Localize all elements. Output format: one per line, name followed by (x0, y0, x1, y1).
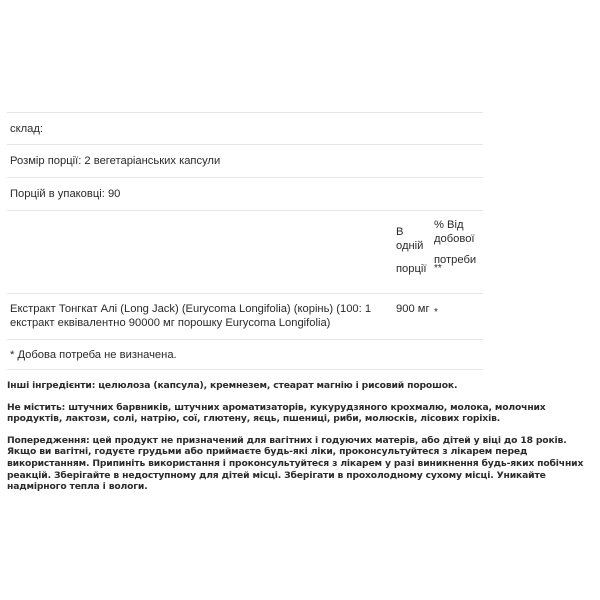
header-text: ** (434, 266, 484, 272)
header-text: % Від (434, 219, 464, 231)
does-not-contain: Не містить: штучних барвників, штучних а… (7, 402, 593, 425)
ingredient-name: Екстракт Тонгкат Алі (Long Jack) (Euryco… (10, 302, 380, 330)
warning: Попередження: цей продукт не призначений… (7, 435, 593, 493)
composition-label: склад: (10, 122, 43, 136)
amount-per-serving-header: В одній порції (396, 225, 432, 276)
header-text: В (396, 226, 403, 238)
footnote: * Добова потреба не визначена. (10, 348, 177, 362)
ingredient-row: Екстракт Тонгкат Алі (Long Jack) (Euryco… (7, 293, 483, 339)
servings-per-container-row: Порцій в упаковці: 90 (7, 177, 483, 210)
other-ingredients: Інші інгредієнти: целюлоза (капсула), кр… (7, 380, 593, 392)
header-text: порції (396, 262, 432, 276)
ingredient-amount: 900 мг (396, 302, 432, 316)
supplement-facts-table: склад: Розмір порції: 2 вегетаріанських … (7, 112, 483, 370)
product-notes: Інші інгредієнти: целюлоза (капсула), кр… (7, 380, 593, 503)
composition-row: склад: (7, 112, 483, 144)
daily-value-header: % Від добової потреби ** (434, 218, 484, 272)
footnote-row: * Добова потреба не визначена. (7, 339, 483, 370)
header-text: добової (434, 232, 484, 246)
header-text: одній (396, 239, 432, 253)
serving-size-row: Розмір порції: 2 вегетаріанських капсули (7, 144, 483, 177)
table-header-row: В одній порції % Від добової потреби ** (7, 210, 483, 293)
ingredient-daily-value: * (434, 306, 438, 320)
serving-size: Розмір порції: 2 вегетаріанських капсули (10, 154, 220, 168)
servings-per-container: Порцій в упаковці: 90 (10, 187, 120, 201)
